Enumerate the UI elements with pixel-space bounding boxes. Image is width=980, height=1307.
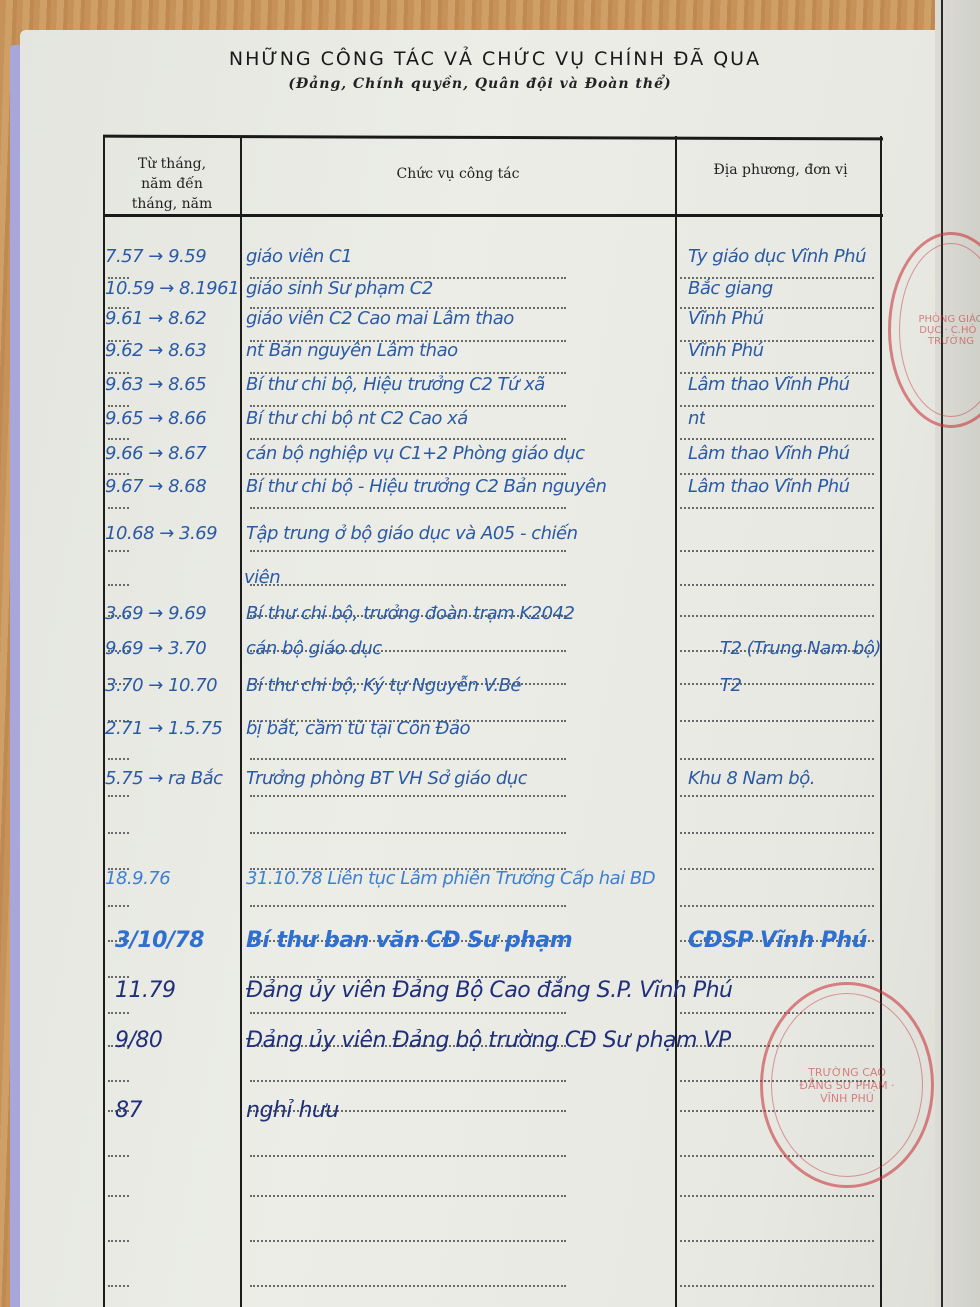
- dotted-ruling: [108, 1012, 129, 1014]
- dotted-ruling: [680, 683, 874, 685]
- dotted-ruling: [680, 758, 874, 760]
- period-cell: 9.69 → 3.70: [105, 638, 206, 659]
- unit-cell: Bắc giang: [688, 278, 773, 299]
- period-cell: 9/80: [115, 1028, 162, 1053]
- position-cell: Bí thư chi bộ, Ký tự Nguyễn V.Bé: [246, 675, 521, 696]
- header-period: Từ tháng, năm đến tháng, năm: [107, 154, 237, 214]
- header-period-line-2: năm đến: [107, 174, 237, 194]
- unit-cell: Vĩnh Phú: [688, 308, 764, 329]
- period-cell: 9.67 → 8.68: [105, 476, 206, 497]
- dotted-ruling: [250, 1195, 566, 1197]
- dotted-ruling: [108, 438, 129, 440]
- dotted-ruling: [108, 758, 129, 760]
- dotted-ruling: [108, 405, 129, 407]
- position-cell: cán bộ nghiệp vụ C1+2 Phòng giáo dục: [246, 443, 585, 464]
- dotted-ruling: [250, 473, 566, 475]
- dotted-ruling: [108, 550, 129, 552]
- dotted-ruling: [108, 1080, 129, 1082]
- dotted-ruling: [250, 1012, 566, 1014]
- page-subtitle: (Đảng, Chính quyền, Quân đội và Đoàn thể…: [200, 76, 760, 92]
- position-cell: Bí thư chi bộ - Hiệu trưởng C2 Bản nguyê…: [246, 476, 606, 497]
- col-border-2: [675, 136, 677, 1307]
- dotted-ruling: [680, 868, 874, 870]
- table-top-border: [103, 135, 883, 141]
- period-cell: 3.69 → 9.69: [105, 603, 206, 624]
- header-position: Chức vụ công tác: [243, 164, 673, 184]
- dotted-ruling: [250, 1155, 566, 1157]
- dotted-ruling: [680, 584, 874, 586]
- dotted-ruling: [250, 758, 566, 760]
- header-period-line-1: Từ tháng,: [107, 154, 237, 174]
- period-cell: 9.65 → 8.66: [105, 408, 206, 429]
- dotted-ruling: [108, 832, 129, 834]
- position-cell: Đảng ủy viên Đảng Bộ Cao đẳng S.P. Vĩnh …: [246, 978, 733, 1003]
- position-cell-continued: viên: [244, 567, 280, 588]
- period-cell: 9.61 → 8.62: [105, 308, 206, 329]
- dotted-ruling: [680, 405, 874, 407]
- unit-cell: T2: [720, 675, 741, 696]
- dotted-ruling: [108, 905, 129, 907]
- position-cell: Bí thư chi bộ nt C2 Cao xá: [246, 408, 468, 429]
- dotted-ruling: [108, 1285, 129, 1287]
- dotted-ruling: [250, 438, 566, 440]
- dotted-ruling: [250, 795, 566, 797]
- position-cell: giáo sinh Sư phạm C2: [246, 278, 433, 299]
- period-cell: 5.75 → ra Bắc: [105, 768, 223, 789]
- dotted-ruling: [680, 438, 874, 440]
- dotted-ruling: [680, 832, 874, 834]
- header-period-line-3: tháng, năm: [107, 194, 237, 214]
- position-cell: giáo viên C2 Cao mai Lâm thao: [246, 308, 514, 329]
- dotted-ruling: [108, 1195, 129, 1197]
- period-cell: 87: [115, 1098, 142, 1123]
- dotted-ruling: [250, 1285, 566, 1287]
- red-stamp-bottom: TRƯỜNG CAO ĐẲNG SƯ PHẠM · VĨNH PHÚ: [760, 982, 934, 1188]
- dotted-ruling: [680, 615, 874, 617]
- dotted-ruling: [680, 1285, 874, 1287]
- period-cell: 9.63 → 8.65: [105, 374, 206, 395]
- unit-cell: Lâm thao Vĩnh Phú: [688, 374, 850, 395]
- position-cell: nghỉ hưu: [246, 1098, 339, 1123]
- stamp-text: TRƯỜNG CAO ĐẲNG SƯ PHẠM · VĨNH PHÚ: [797, 1066, 897, 1105]
- unit-cell: CĐSP Vĩnh Phú: [688, 928, 867, 953]
- dotted-ruling: [680, 473, 874, 475]
- adjacent-page-edge: [935, 0, 980, 1307]
- period-cell: 9.66 → 8.67: [105, 443, 206, 464]
- period-cell: 18.9.76: [105, 868, 170, 889]
- position-cell: Đảng ủy viên Đảng bộ trường CĐ Sư phạm V…: [246, 1028, 731, 1053]
- unit-cell: T2 (Trung Nam bộ): [720, 638, 881, 659]
- position-cell: Trưởng phòng BT VH Sở giáo dục: [246, 768, 527, 789]
- dotted-ruling: [108, 507, 129, 509]
- period-cell: 11.79: [115, 978, 175, 1003]
- dotted-ruling: [680, 720, 874, 722]
- unit-cell: Khu 8 Nam bộ.: [688, 768, 815, 789]
- unit-cell: Ty giáo dục Vĩnh Phú: [688, 246, 866, 267]
- dotted-ruling: [680, 905, 874, 907]
- position-cell: Bí thư chi bộ, Hiệu trưởng C2 Tứ xã: [246, 374, 545, 395]
- dotted-ruling: [108, 795, 129, 797]
- dotted-ruling: [250, 1240, 566, 1242]
- dotted-ruling: [108, 584, 129, 586]
- period-cell: 9.62 → 8.63: [105, 340, 206, 361]
- dotted-ruling: [680, 507, 874, 509]
- dotted-ruling: [680, 1195, 874, 1197]
- dotted-ruling: [250, 550, 566, 552]
- dotted-ruling: [680, 795, 874, 797]
- period-cell: 7.57 → 9.59: [105, 246, 206, 267]
- position-cell: giáo viên C1: [246, 246, 352, 267]
- position-cell: Bí thư ban văn CĐ Sư phạm: [246, 928, 572, 953]
- dotted-ruling: [108, 1155, 129, 1157]
- position-cell: 31.10.78 Liên tục Lâm phiên Trưởng Cấp h…: [246, 868, 655, 889]
- dotted-ruling: [250, 405, 566, 407]
- dotted-ruling: [680, 550, 874, 552]
- period-cell: 10.59 → 8.1961: [105, 278, 239, 299]
- page-title: NHỮNG CÔNG TÁC VẢ CHỨC VỤ CHÍNH ĐÃ QUA: [160, 48, 830, 70]
- unit-cell: nt: [688, 408, 705, 429]
- header-unit: Địa phương, đơn vị: [678, 160, 883, 180]
- dotted-ruling: [108, 473, 129, 475]
- period-cell: 3.70 → 10.70: [105, 675, 217, 696]
- dotted-ruling: [250, 507, 566, 509]
- period-cell: 3/10/78: [115, 928, 204, 953]
- period-cell: 10.68 → 3.69: [105, 523, 217, 544]
- dotted-ruling: [108, 1240, 129, 1242]
- period-cell: 2.71 → 1.5.75: [105, 718, 222, 739]
- unit-cell: Vĩnh Phú: [688, 340, 764, 361]
- position-cell: bị bắt, cầm tù tại Côn Đảo: [246, 718, 470, 739]
- header-bottom-border: [103, 214, 883, 217]
- dotted-ruling: [680, 1240, 874, 1242]
- dotted-ruling: [250, 584, 566, 586]
- dotted-ruling: [250, 1080, 566, 1082]
- unit-cell: Lâm thao Vĩnh Phú: [688, 443, 850, 464]
- stamp-text: PHÒNG GIÁO DỤC · C.HÒ · TRƯỜNG: [916, 314, 980, 347]
- position-cell: Tập trung ở bộ giáo dục và A05 - chiến: [246, 523, 577, 544]
- position-cell: cán bộ giáo dục: [246, 638, 382, 659]
- unit-cell: Lâm thao Vĩnh Phú: [688, 476, 850, 497]
- dotted-ruling: [250, 832, 566, 834]
- col-border-1: [240, 136, 242, 1307]
- dotted-ruling: [250, 905, 566, 907]
- position-cell: nt Bản nguyên Lâm thao: [246, 340, 458, 361]
- position-cell: Bí thư chi bộ, trưởng đoàn trạm K2042: [246, 603, 574, 624]
